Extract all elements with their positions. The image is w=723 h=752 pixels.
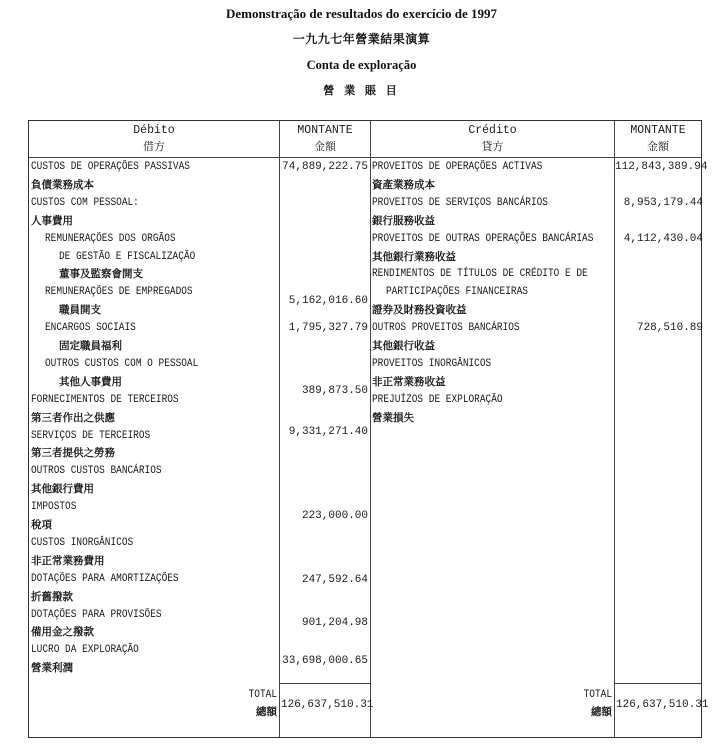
row-label-chinese: 負債業務成本 [31, 177, 94, 194]
row-label-chinese: 非正常業務收益 [372, 374, 446, 391]
row-label-chinese: 第三者作出之供應 [31, 410, 115, 427]
row-label: OUTROS CUSTOS COM O PESSOAL [45, 356, 198, 373]
row-label: DE GESTÃO E FISCALIZAÇÃO [59, 249, 195, 266]
row-label-chinese: 其他銀行業務收益 [372, 249, 456, 266]
row-label: CUSTOS COM PESSOAL: [31, 195, 139, 212]
row-label: ENCARGOS SOCIAIS [45, 320, 136, 337]
row-label-chinese: 其他銀行費用 [31, 481, 94, 498]
header-amount-label-chinese: 金額 [280, 139, 370, 155]
column-divider [614, 121, 615, 737]
row-label-chinese: 銀行服務收益 [372, 213, 435, 230]
row-label: PARTICIPAÇÕES FINANCEIRAS [386, 284, 528, 301]
row-label-chinese: 資產業務成本 [372, 177, 435, 194]
row-amount: 33,698,000.65 [280, 653, 368, 670]
total-divider-debit [279, 683, 370, 684]
document-subtitle-chinese: 營 業 賬 目 [0, 82, 723, 98]
document-title-chinese: 一九九七年營業結果演算 [0, 30, 723, 47]
row-label: OUTROS CUSTOS BANCÁRIOS [31, 463, 162, 480]
total-label-debit: TOTAL [249, 687, 277, 704]
header-debit-amount: MONTANTE 金額 [280, 121, 370, 158]
row-amount: 5,162,016.60 [280, 293, 368, 310]
income-statement-table: Débito 借方 MONTANTE 金額 Crédito 貸方 MONTANT… [28, 120, 702, 738]
row-label: FORNECIMENTOS DE TERCEIROS [31, 392, 179, 409]
row-amount: 74,889,222.75 [280, 159, 368, 176]
header-credit: Crédito 貸方 [371, 121, 614, 158]
row-label-chinese: 營業損失 [372, 410, 414, 427]
total-label-credit-chinese: 總額 [591, 704, 612, 721]
row-amount: 4,112,430.04 [615, 231, 703, 248]
row-label-chinese: 人事費用 [31, 213, 73, 230]
header-amount-label: MONTANTE [615, 123, 701, 139]
row-label: LUCRO DA EXPLORAÇÃO [31, 642, 139, 659]
row-label: OUTROS PROVEITOS BANCÁRIOS [372, 320, 520, 337]
total-credit-amount: 126,637,510.31 [615, 697, 709, 714]
header-credit-label: Crédito [371, 123, 614, 139]
row-label: CUSTOS INORGÂNICOS [31, 535, 133, 552]
row-label-chinese: 其他人事費用 [59, 374, 122, 391]
header-debit: Débito 借方 [29, 121, 279, 158]
row-label: PROVEITOS DE SERVIÇOS BANCÁRIOS [372, 195, 548, 212]
row-label: REMUNERAÇÕES DE EMPREGADOS [45, 284, 193, 301]
total-debit-amount: 126,637,510.31 [279, 697, 374, 714]
row-amount: 389,873.50 [280, 383, 368, 400]
row-amount: 247,592.64 [280, 572, 368, 589]
row-label-chinese: 稅項 [31, 517, 52, 534]
row-label-chinese: 董事及監察會開支 [59, 266, 143, 283]
total-divider-credit [614, 683, 701, 684]
row-label: PROVEITOS INORGÂNICOS [372, 356, 491, 373]
row-label-chinese: 第三者提供之勞務 [31, 445, 115, 462]
row-label: REMUNERAÇÕES DOS ORGÃOS [45, 231, 176, 248]
row-label: CUSTOS DE OPERAÇÕES PASSIVAS [31, 159, 190, 176]
header-debit-label: Débito [29, 123, 279, 139]
total-label-debit-chinese: 總額 [256, 704, 277, 721]
row-amount: 728,510.89 [615, 320, 703, 337]
header-amount-label-chinese: 金額 [615, 139, 701, 155]
row-label-chinese: 備用金之撥款 [31, 624, 94, 641]
row-label-chinese: 營業利潤 [31, 660, 73, 677]
row-label: PROVEITOS DE OPERAÇÕES ACTIVAS [372, 159, 542, 176]
row-amount: 9,331,271.40 [280, 424, 368, 441]
row-label: PREJUÍZOS DE EXPLORAÇÃO [372, 392, 503, 409]
row-amount: 8,953,179.44 [615, 195, 703, 212]
row-label-chinese: 證券及財務投資收益 [372, 302, 467, 319]
header-debit-label-chinese: 借方 [29, 139, 279, 155]
row-label: DOTAÇÕES PARA AMORTIZAÇÕES [31, 571, 179, 588]
row-amount: 223,000.00 [280, 508, 368, 525]
header-amount-label: MONTANTE [280, 123, 370, 139]
row-label: DOTAÇÕES PARA PROVISÕES [31, 607, 162, 624]
row-label-chinese: 固定職員福利 [59, 338, 122, 355]
total-label-credit: TOTAL [584, 687, 612, 704]
document-title: Demonstração de resultados do exercício … [0, 6, 723, 22]
row-label: RENDIMENTOS DE TÍTULOS DE CRÉDITO E DE [372, 266, 588, 283]
row-label: IMPOSTOS [31, 499, 76, 516]
row-label: PROVEITOS DE OUTRAS OPERAÇÕES BANCÁRIAS [372, 231, 593, 248]
column-divider [370, 121, 371, 737]
row-amount: 112,843,389.94 [615, 159, 703, 176]
document-subtitle: Conta de exploração [0, 58, 723, 73]
header-credit-label-chinese: 貸方 [371, 139, 614, 155]
row-amount: 1,795,327.79 [280, 320, 368, 337]
row-label-chinese: 其他銀行收益 [372, 338, 435, 355]
row-label-chinese: 非正常業務費用 [31, 553, 105, 570]
row-label-chinese: 折舊撥款 [31, 589, 73, 606]
row-label-chinese: 職員開支 [59, 302, 101, 319]
row-label: SERVIÇOS DE TERCEIROS [31, 428, 150, 445]
header-credit-amount: MONTANTE 金額 [615, 121, 701, 158]
row-amount: 901,204.98 [280, 615, 368, 632]
